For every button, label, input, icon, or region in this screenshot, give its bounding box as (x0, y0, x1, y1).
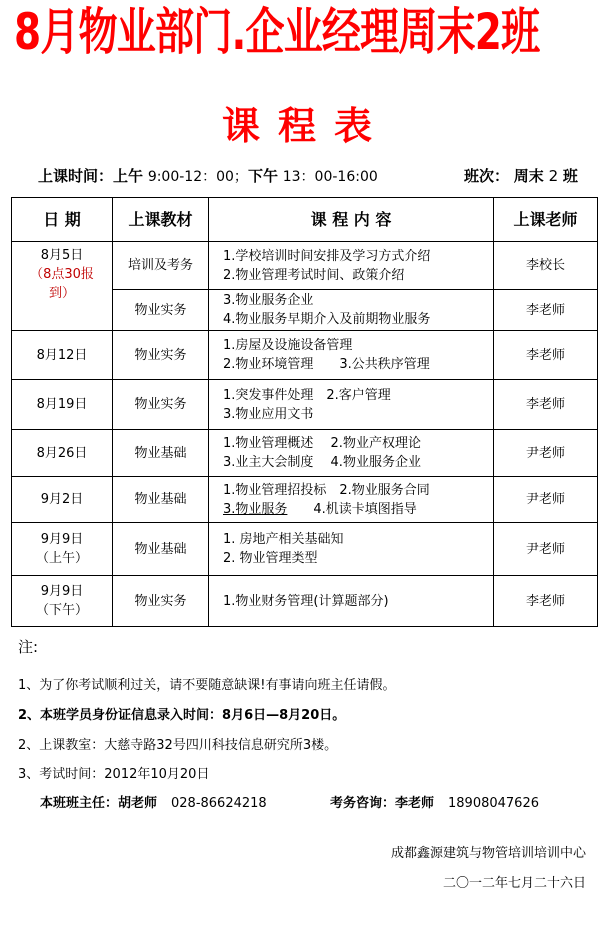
date-text: 8月5日 (12, 246, 112, 265)
teacher-cell: 李校长 (494, 242, 598, 290)
material-cell: 物业实务 (113, 331, 209, 380)
table-row: 9月9日 （上午） 物业基础 1. 房地产相关基础知 2. 物业管理类型 尹老师 (12, 523, 598, 576)
date-cell: 9月2日 (12, 477, 113, 523)
table-row: 8月26日 物业基础 1.物业管理概述 2.物业产权理论 3.业主大会制度 4.… (12, 430, 598, 477)
time-label: 上课时间： (38, 167, 113, 185)
table-row: 8月19日 物业实务 1.突发事件处理 2.客户管理 3.物业应用文书 李老师 (12, 380, 598, 430)
material-cell: 物业实务 (113, 290, 209, 331)
content-cell: 1.学校培训时间安排及学习方式介绍 2.物业管理考试时间、政策介绍 (209, 242, 494, 290)
table-row: 8月12日 物业实务 1.房屋及设施设备管理 2.物业环境管理 3.公共秩序管理… (12, 331, 598, 380)
material-cell: 物业基础 (113, 523, 209, 576)
class-time-line: 上课时间：上午 9:00-12：00；下午 13：00-16:00 班次： 周末… (38, 166, 598, 187)
pm-time: 13：00-16:00 (283, 169, 378, 185)
table-header-row: 日 期 上课教材 课 程 内 容 上课老师 (12, 198, 598, 242)
table-row: 8月5日 （8点30报到） 培训及考务 1.学校培训时间安排及学习方式介绍 2.… (12, 242, 598, 290)
date-cell: 8月5日 （8点30报到） (12, 242, 113, 331)
note-item: 1、为了你考试顺利过关，请不要随意缺课!有事请向班主任请假。 (18, 674, 395, 693)
teacher-cell: 李老师 (494, 290, 598, 331)
header-material: 上课教材 (113, 198, 209, 242)
content-line: 3.物业服务企业 (223, 291, 493, 310)
date-text: 9月9日 (12, 582, 112, 601)
date-cell: 9月9日 （下午） (12, 576, 113, 627)
content-cell: 1. 房地产相关基础知 2. 物业管理类型 (209, 523, 494, 576)
content-line: 2.物业管理考试时间、政策介绍 (223, 266, 493, 285)
table-row: 9月9日 （下午） 物业实务 1.物业财务管理(计算题部分) 李老师 (12, 576, 598, 627)
exam-label: 考务咨询：李老师 (330, 796, 434, 811)
content-cell: 1.物业管理概述 2.物业产权理论 3.业主大会制度 4.物业服务企业 (209, 430, 494, 477)
teacher-cell: 尹老师 (494, 477, 598, 523)
note-item: 3、考试时间：2012年10月20日 (18, 763, 209, 782)
material-cell: 物业基础 (113, 477, 209, 523)
main-title: 8月物业部门.企业经理周末2班 (14, 2, 451, 62)
note-item-bold: 2、本班学员身份证信息录入时间：8月6日—8月20日。 (18, 704, 345, 723)
table-row: 9月2日 物业基础 1.物业管理招投标 2.物业服务合同 3.物业服务 4.机读… (12, 477, 598, 523)
footer-organization: 成都鑫源建筑与物管培训培训中心 (391, 842, 586, 861)
exam-phone: 18908047626 (448, 796, 539, 811)
class-value-suffix: 班 (563, 167, 578, 185)
header-content: 课 程 内 容 (209, 198, 494, 242)
content-cell: 1.房屋及设施设备管理 2.物业环境管理 3.公共秩序管理 (209, 331, 494, 380)
content-line: 4.物业服务早期介入及前期物业服务 (223, 310, 493, 329)
teacher-cell: 李老师 (494, 576, 598, 627)
notes-heading: 注: (18, 636, 38, 657)
content-underlined: 3.物业服务 (223, 502, 287, 517)
exam-contact: 考务咨询：李老师18908047626 (330, 792, 539, 811)
date-text: 9月9日 (12, 530, 112, 549)
content-line: 3.物业服务 4.机读卡填图指导 (223, 500, 493, 519)
header-teacher: 上课老师 (494, 198, 598, 242)
content-cell: 1.物业管理招投标 2.物业服务合同 3.物业服务 4.机读卡填图指导 (209, 477, 494, 523)
material-cell: 物业基础 (113, 430, 209, 477)
am-time: 9:00-12：00； (148, 169, 248, 185)
material-cell: 物业实务 (113, 576, 209, 627)
content-cell: 3.物业服务企业 4.物业服务早期介入及前期物业服务 (209, 290, 494, 331)
content-line: 1.物业管理招投标 2.物业服务合同 (223, 481, 493, 500)
date-cell: 8月12日 (12, 331, 113, 380)
teacher-cell: 尹老师 (494, 430, 598, 477)
content-cell: 1.突发事件处理 2.客户管理 3.物业应用文书 (209, 380, 494, 430)
class-value-num: 2 (549, 167, 559, 185)
content-line: 1.学校培训时间安排及学习方式介绍 (223, 247, 493, 266)
content-line: 2.物业环境管理 3.公共秩序管理 (223, 355, 493, 374)
date-note: （下午） (12, 601, 112, 620)
teacher-cell: 李老师 (494, 331, 598, 380)
am-label: 上午 (113, 167, 143, 185)
content-line: 1. 房地产相关基础知 (223, 530, 493, 549)
header-date: 日 期 (12, 198, 113, 242)
content-line: 3.业主大会制度 4.物业服务企业 (223, 453, 493, 472)
head-teacher-phone: 028-86624218 (171, 796, 267, 811)
content-line: 1.房屋及设施设备管理 (223, 336, 493, 355)
schedule-table: 日 期 上课教材 课 程 内 容 上课老师 8月5日 （8点30报到） 培训及考… (11, 197, 598, 627)
footer-date: 二〇一二年七月二十六日 (443, 872, 586, 891)
note-item: 2、上课教室：大慈寺路32号四川科技信息研究所3楼。 (18, 734, 337, 753)
date-cell: 9月9日 （上午） (12, 523, 113, 576)
content-cell: 1.物业财务管理(计算题部分) (209, 576, 494, 627)
content-line: 3.物业应用文书 (223, 405, 493, 424)
contact-line: 本班班主任：胡老师028-86624218 考务咨询：李老师1890804762… (40, 792, 267, 811)
date-note: （8点30报到） (12, 265, 112, 303)
pm-label: 下午 (248, 167, 278, 185)
class-label: 班次： (464, 167, 509, 185)
schedule-title: 课程表 (0, 103, 608, 149)
class-info: 班次： 周末 2 班 (464, 166, 578, 186)
date-note: （上午） (12, 549, 112, 568)
material-cell: 物业实务 (113, 380, 209, 430)
content-line: 1.突发事件处理 2.客户管理 (223, 386, 493, 405)
content-line: 2. 物业管理类型 (223, 549, 493, 568)
content-segment: 4.机读卡填图指导 (287, 502, 416, 517)
head-teacher-label: 本班班主任：胡老师 (40, 796, 157, 811)
teacher-cell: 尹老师 (494, 523, 598, 576)
date-cell: 8月26日 (12, 430, 113, 477)
content-line: 1.物业管理概述 2.物业产权理论 (223, 434, 493, 453)
content-line: 1.物业财务管理(计算题部分) (223, 592, 493, 611)
class-value-prefix: 周末 (514, 167, 544, 185)
material-cell: 培训及考务 (113, 242, 209, 290)
date-cell: 8月19日 (12, 380, 113, 430)
teacher-cell: 李老师 (494, 380, 598, 430)
